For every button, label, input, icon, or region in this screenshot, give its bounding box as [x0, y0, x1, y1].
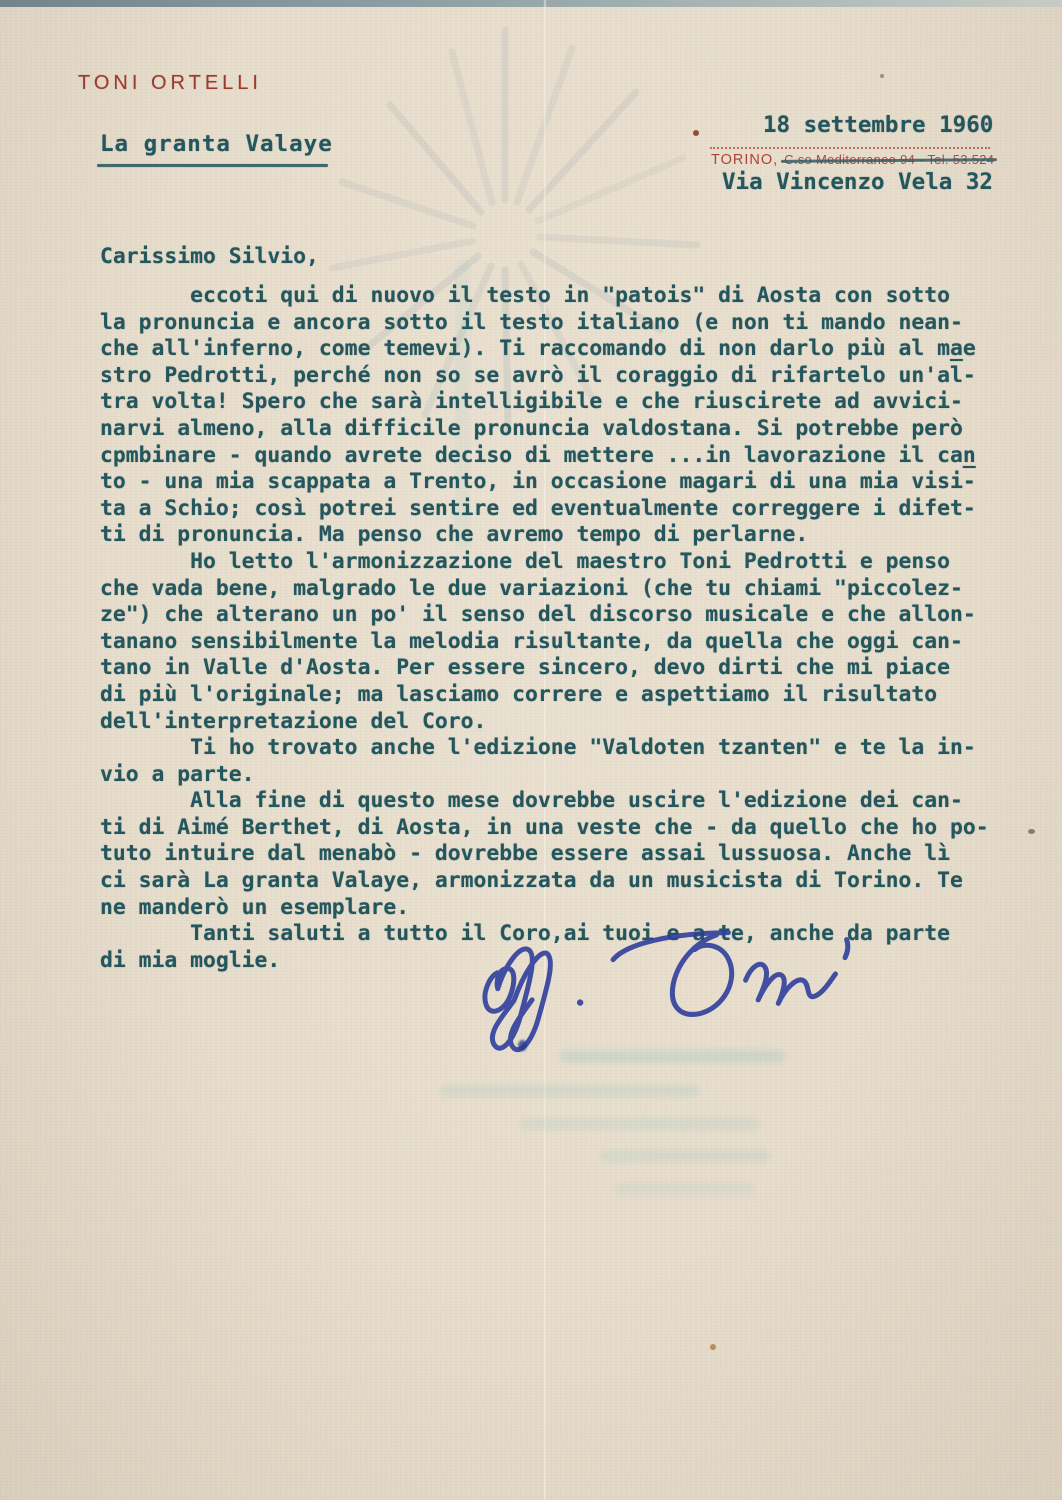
signature-handwriting [466, 915, 890, 1076]
letter-line: ti di Aimé Berthet, di Aosta, in una ves… [100, 815, 1050, 842]
letter-line: Alla fine di questo mese dovrebbe uscire… [100, 788, 1050, 815]
letter-line: narvi almeno, alla difficile pronuncia v… [100, 416, 1050, 443]
letter-line: Ho letto l'armonizzazione del maestro To… [100, 549, 1050, 576]
letter-line: ci sarà La granta Valaye, armonizzata da… [100, 868, 1050, 895]
letter-line: di più l'originale; ma lasciamo correre … [100, 682, 1050, 709]
letter-body: eccoti qui di nuovo il testo in "patois"… [100, 283, 1050, 974]
letter-line: cpmbinare - quando avrete deciso di mett… [100, 443, 1050, 470]
scanned-letter-page: TONI ORTELLI La granta Valaye 18 settemb… [0, 0, 1062, 1500]
paper-speck [880, 74, 884, 78]
letter-line: stro Pedrotti, perché non so se avrò il … [100, 363, 1050, 390]
letter-line: to - una mia scappata a Trento, in occas… [100, 469, 1050, 496]
ink-bleed-smudge [440, 1085, 700, 1097]
letter-line: che vada bene, malgrado le due variazion… [100, 576, 1050, 603]
letter-line: ze") che alterano un po' il senso del di… [100, 602, 1050, 629]
work-title-underline [97, 164, 328, 167]
ink-bleed-smudge [615, 1183, 755, 1195]
letterhead-dotted-rule [710, 147, 990, 149]
letter-line: tano in Valle d'Aosta. Per essere sincer… [100, 655, 1050, 682]
letter-line: la pronuncia e ancora sotto il testo ita… [100, 310, 1050, 337]
paper-speck [693, 130, 699, 136]
letter-line: vio a parte. [100, 762, 1050, 789]
letter-line: eccoti qui di nuovo il testo in "patois"… [100, 283, 1050, 310]
ink-bleed-smudge [520, 1118, 760, 1130]
letterhead-name: TONI ORTELLI [78, 72, 262, 95]
letter-line: tuto intuire dal menabò - dovrebbe esser… [100, 841, 1050, 868]
letter-line: che all'inferno, come temevi). Ti raccom… [100, 336, 1050, 363]
letter-line: ti di pronuncia. Ma penso che avremo tem… [100, 522, 1050, 549]
typed-address: Via Vincenzo Vela 32 [722, 169, 993, 195]
paper-speck [710, 1344, 716, 1350]
salutation: Carissimo Silvio, [100, 244, 319, 269]
letter-line: Ti ho trovato anche l'edizione "Valdoten… [100, 735, 1050, 762]
scan-top-edge [0, 0, 1062, 7]
printed-address-struck: C.so Mediterraneo 94 - Tel. 53.524 [784, 152, 994, 167]
letter-line: ne manderò un esemplare. [100, 895, 1050, 922]
letter-line: dell'interpretazione del Coro. [100, 709, 1050, 736]
city-label: TORINO, [711, 152, 778, 168]
letter-line: tanano sensibilmente la melodia risultan… [100, 629, 1050, 656]
letter-line: tra volta! Spero che sarà intelligibile … [100, 389, 1050, 416]
letter-line: ta a Schio; così potrei sentire ed event… [100, 496, 1050, 523]
letterhead-city-row: TORINO,C.so Mediterraneo 94 - Tel. 53.52… [711, 151, 994, 169]
work-title: La granta Valaye [100, 131, 333, 157]
date-line: 18 settembre 1960 [763, 112, 993, 138]
ink-bleed-smudge [600, 1150, 770, 1162]
